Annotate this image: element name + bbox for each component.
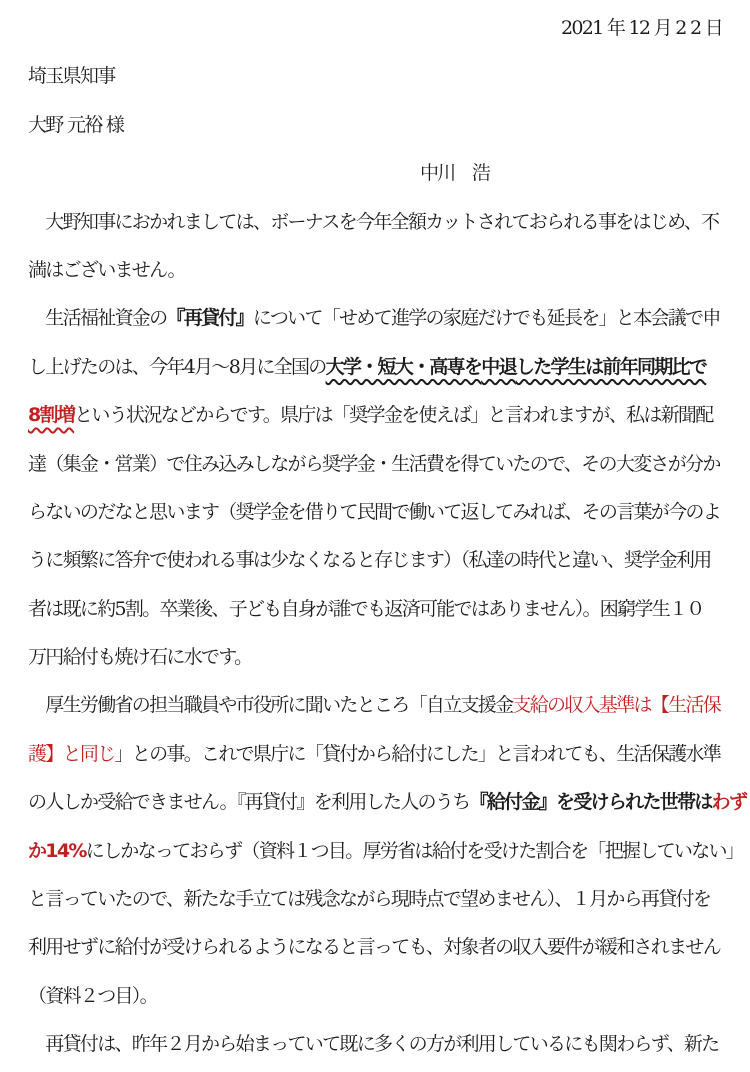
highlighted-text-run: 『再貸付』 [166,307,253,329]
text-line: 大野知事におかれましては、ボーナスを今年全額カットされておられる事をはじめ、不 [28,198,722,246]
highlighted-text-run: 中退 [481,356,516,378]
text-run: の人しか受給できません。『再貸付』を利用した人のうち [28,791,469,813]
text-line: 利用せずに給付が受けられるようになると言っても、対象者の収入要件が緩和されません [28,923,722,971]
text-line: と言っていたので、新たな手立ては残念ながら現時点で望めません）、１月から再貸付を [28,875,722,923]
text-run: について「せめて進学の家庭だけでも延長を」と本会議で申 [253,307,720,329]
highlighted-text-run: わず [712,791,747,813]
text-run: 利用せずに給付が受けられるようになると言っても、対象者の収入要件が緩和されません [28,936,720,958]
highlighted-text-run: 『給付金』を受けられた世帯は [469,791,711,813]
recipient-name: 大野 元裕 様 [28,101,722,149]
text-run: 」との事。これで県庁に「貸付から給付にした」と言われても、生活保護水準 [115,743,721,765]
text-line: （資料２つ目）。 [28,972,722,1020]
highlighted-text-run: した学生は前年同期比で [516,356,706,378]
text-line: 再貸付は、昨年２月から始まっていて既に多くの方が利用しているにも関わらず、新た [28,1020,722,1068]
text-run: 厚生労働省の担当職員や市役所に聞いたところ「自立支援金 [28,694,512,716]
text-run: 万円給付も焼け石に水です。 [28,646,251,668]
text-line: 生活福祉資金の『再貸付』について「せめて進学の家庭だけでも延長を」と本会議で申 [28,294,722,342]
text-line: 者は既に約5割。卒業後、子ども自身が誰でも返済可能ではありません）。困窮学生１０ [28,585,722,633]
text-line: 達（集金・営業）で住み込みしながら奨学金・生活費を得ていたので、その大変さが分か [28,440,722,488]
highlighted-text-run: 大学・短大・高専を [326,356,482,378]
text-run: し上げたのは、今年4月～8月に全国の [28,356,326,378]
text-line: 厚生労働省の担当職員や市役所に聞いたところ「自立支援金支給の収入基準は【生活保 [28,681,722,729]
text-run: うに頻繁に答弁で使われる事は少なくなると存じます）（私達の時代と違い、奨学金利用 [28,549,711,571]
text-run: 生活福祉資金の [28,307,166,329]
text-line: 万円給付も焼け石に水です。 [28,633,722,681]
text-run: 者は既に約5割。卒業後、子ども自身が誰でも返済可能ではありません）。困窮学生１０ [28,598,704,620]
text-run: 再貸付は、昨年２月から始まっていて既に多くの方が利用しているにも関わらず、新た [28,1033,718,1055]
text-run: という状況などからです。県庁は「奨学金を使えば」と言われますが、私は新聞配 [74,404,712,426]
text-line: の人しか受給できません。『再貸付』を利用した人のうち『給付金』を受けられた世帯は… [28,778,722,826]
highlighted-text-run: 護】と同じ [28,743,115,765]
text-line: 8割増という状況などからです。県庁は「奨学金を使えば」と言われますが、私は新聞配 [28,391,722,439]
text-line: 満はございません。 [28,246,722,294]
letter-date: 2021 年 12 月 2 2 日 [28,4,722,52]
text-run: 達（集金・営業）で住み込みしながら奨学金・生活費を得ていたので、その大変さが分か [28,453,720,475]
text-run: （資料２つ目）。 [28,985,157,1007]
highlighted-text-run: か14% [28,840,86,862]
letter-document: 2021 年 12 月 2 2 日 埼玉県知事 大野 元裕 様 中川 浩 大野知… [0,0,750,1072]
text-line: うに頻繁に答弁で使われる事は少なくなると存じます）（私達の時代と違い、奨学金利用 [28,536,722,584]
text-line: らないのだなと思います（奨学金を借りて民間で働いて返してみれば、その言葉が今のよ [28,488,722,536]
letter-body: 大野知事におかれましては、ボーナスを今年全額カットされておられる事をはじめ、不満… [28,198,722,1069]
text-run: らないのだなと思います（奨学金を借りて民間で働いて返してみれば、その言葉が今のよ [28,501,720,523]
text-line: し上げたのは、今年4月～8月に全国の大学・短大・高専を中退した学生は前年同期比で [28,343,722,391]
text-run: 大野知事におかれましては、ボーナスを今年全額カットされておられる事をはじめ、不 [28,211,718,233]
sender-name: 中川 浩 [28,149,722,197]
highlighted-text-run: 8割増 [28,404,74,426]
recipient-title: 埼玉県知事 [28,52,722,100]
text-line: か14%にしかなっておらず（資料１つ目。厚労省は給付を受けた割合を「把握していな… [28,827,722,875]
highlighted-text-run: 支給の収入基準は【生活保 [512,694,720,716]
text-run: 満はございません。 [28,259,185,281]
text-run: にしかなっておらず（資料１つ目。厚労省は給付を受けた割合を「把握していない」 [86,840,743,862]
text-line: 護】と同じ」との事。これで県庁に「貸付から給付にした」と言われても、生活保護水準 [28,730,722,778]
text-run: と言っていたので、新たな手立ては残念ながら現時点で望めません）、１月から再貸付を [28,888,710,910]
